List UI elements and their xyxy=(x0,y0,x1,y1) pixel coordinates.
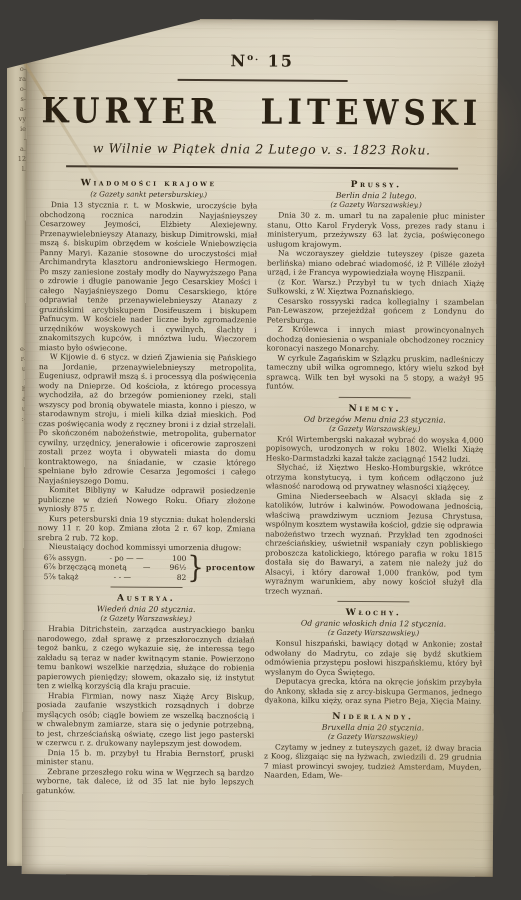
section-source: (z Gazety Warszawskiey) xyxy=(264,731,482,741)
scanned-newspaper-page: xd o- ra o- s- a- vy ie - a. 12 l. e- r-… xyxy=(0,0,521,900)
paragraph: Komitet Bibliyny w Kałudze odprawił posi… xyxy=(38,485,256,515)
brace-glyph: } xyxy=(187,553,204,583)
section-divider xyxy=(339,396,411,397)
row-value: 100 xyxy=(166,553,186,563)
paragraph: Cesarsko rossyyski radca kollegialny i s… xyxy=(267,296,485,326)
section-divider xyxy=(110,587,182,588)
section-divider xyxy=(338,601,410,602)
issue-superscript: o. xyxy=(247,53,260,63)
paragraph: Konsul hiszpański, bawiący dotąd w Ankon… xyxy=(264,638,482,677)
paragraph: Dnia 15 b. m. przybył tu Hrabia Bernstor… xyxy=(36,748,254,768)
paragraph: Kurs petersburski dnia 19 stycznia: duka… xyxy=(38,514,256,544)
paragraph: Hrabia Ditrichstein, zarządca austryacki… xyxy=(37,624,255,692)
paragraph: Zebrane przeszłego roku wina w Węgrzech … xyxy=(36,767,254,797)
row-value: 96½ xyxy=(166,563,186,573)
section-source: (z Gazety sankt petersburskiey.) xyxy=(40,189,258,199)
table-row: 5⅞ takąż- - —82 xyxy=(44,572,187,582)
paragraph: W Kijowie d. 6 stycz. w dzień Zjawienia … xyxy=(38,352,256,486)
right-column: Prussy. Berlin dnia 2 lutego. (z Gazety … xyxy=(264,177,485,797)
edition-dateline: w Wilnie w Piątek dnia 2 Lutego v. s. 18… xyxy=(26,140,497,158)
paragraph: Dnia 30 z. m. umarł tu na zapalenie płuc… xyxy=(267,210,485,249)
newspaper-paper: No. 15 KURYER LITEWSKI w Wilnie w Piątek… xyxy=(22,18,498,877)
paragraph: Czytamy w jedney z tuteyszych gazet, iż … xyxy=(264,742,482,781)
section-heading-austrya: Austrya. xyxy=(37,593,255,604)
section-heading-wiadomosci-krajowe: Wiadomości krajowe xyxy=(40,178,258,189)
section-heading-prussy: Prussy. xyxy=(267,179,485,190)
row-dashes: - po — — xyxy=(87,553,167,563)
paragraph: Dnia 13 stycznia r. t. w Moskwie, uroczy… xyxy=(39,200,257,353)
row-label: 6⅞ brzęczącą monetą xyxy=(44,562,127,572)
newspaper-title: KURYER LITEWSKI xyxy=(26,91,497,134)
issue-number: No. 15 xyxy=(27,50,498,72)
section-heading-niderlandy: Niderlandy. xyxy=(264,711,482,722)
paragraph: Deputacya grecka, która na okręcie jońsk… xyxy=(264,676,482,706)
paragraph: Z Królewca i innych miast prowincyonalny… xyxy=(266,324,484,354)
section-heading-wlochy: Włochy. xyxy=(265,607,483,618)
row-dashes: - - — xyxy=(78,572,166,582)
paragraph: (z Kor. Warsz.) Przybył tu w tych dniach… xyxy=(267,277,485,297)
debt-table-rows: 6⅞ assygn.- po — —100 6⅞ brzęczącą monet… xyxy=(44,553,187,582)
section-source: (z Gazety Warszawskiey.) xyxy=(266,423,484,433)
section-source: (z Gazety Warszawskiey.) xyxy=(37,613,255,623)
row-dashes: — xyxy=(127,563,166,573)
columns: Wiadomości krajowe (z Gazety sankt peter… xyxy=(22,167,497,798)
section-source: (z Gazety Warszawskiey.) xyxy=(265,627,483,637)
brace-label: procentow xyxy=(206,563,255,572)
paragraph: Hrabia Firmian, nowy nasz Xiążę Arcy Bis… xyxy=(37,691,255,749)
paragraph: Nieustaiący dochod kommissyi umorzenia d… xyxy=(38,542,256,553)
paragraph: W cyrkule Zagańskim w Szlązku pruskim, n… xyxy=(266,353,484,392)
paragraph: Słychać, iż Xięztwo Hesko-Homburgskie, w… xyxy=(266,462,484,492)
section-source: (z Gazety Warszawskiey.) xyxy=(267,199,485,209)
row-label: 5⅞ takąż xyxy=(44,572,79,582)
section-heading-niemcy: Niemcy. xyxy=(266,403,484,414)
issue-value: 15 xyxy=(268,51,294,70)
issue-prefix: N xyxy=(230,51,247,70)
row-value: 82 xyxy=(166,572,186,582)
row-label: 6⅞ assygn. xyxy=(44,553,87,563)
paragraph: Na wczorayszey giełdzie tuteyszey (pisze… xyxy=(267,248,485,278)
left-column: Wiadomości krajowe (z Gazety sankt peter… xyxy=(36,176,257,796)
paragraph: Król Wirtembergski nakazał wybrać do woy… xyxy=(266,434,484,464)
debt-table: 6⅞ assygn.- po — —100 6⅞ brzęczącą monet… xyxy=(44,553,256,583)
header-rule-short xyxy=(177,79,347,82)
paragraph: Gmina Niederseebach w Alsacyi składa się… xyxy=(265,491,483,597)
